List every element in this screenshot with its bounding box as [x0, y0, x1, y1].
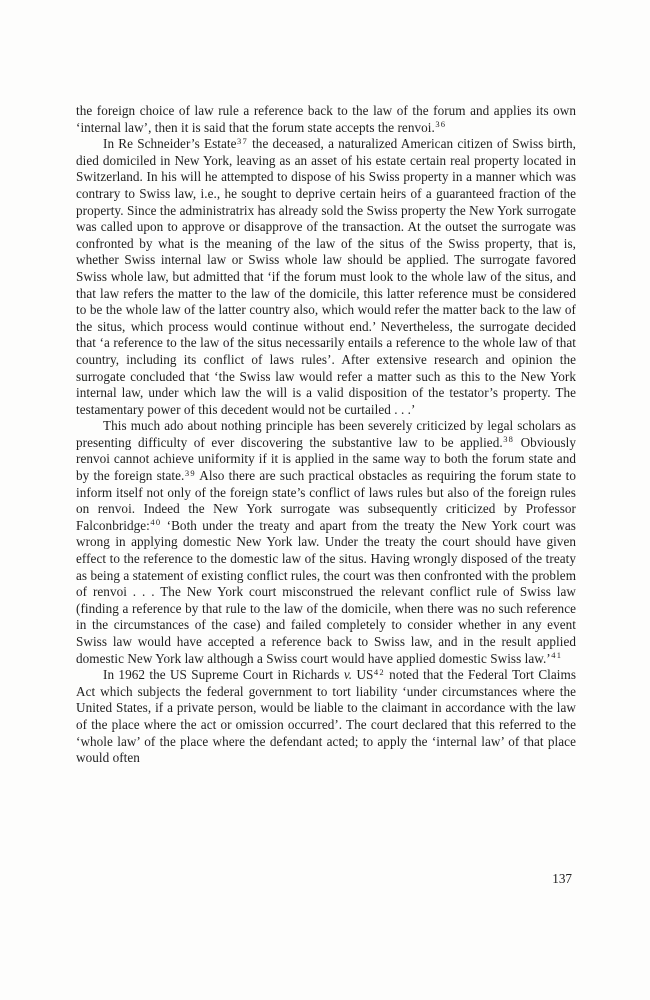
paragraph: In Re Schneider’s Estate37 the deceased,… [76, 136, 576, 418]
text-run: the foreign choice of law rule a referen… [76, 103, 576, 135]
text-run: the deceased, a naturalized American cit… [76, 136, 576, 417]
paragraph: the foreign choice of law rule a referen… [76, 103, 576, 136]
text-run: In Re Schneider’s Estate [103, 136, 237, 151]
text-run: ‘Both under the treaty and apart from th… [76, 518, 576, 666]
page-number: 137 [76, 871, 572, 887]
footnote-reference: 36 [435, 119, 446, 129]
footnote-reference: 40 [150, 517, 161, 527]
paragraph: This much ado about nothing principle ha… [76, 418, 576, 667]
paragraph: In 1962 the US Supreme Court in Richards… [76, 667, 576, 767]
footnote-reference: 41 [551, 650, 562, 660]
footnote-reference: 38 [503, 434, 514, 444]
text-run: This much ado about nothing principle ha… [76, 418, 576, 450]
text-run: US [352, 667, 373, 682]
footnote-reference: 37 [237, 136, 248, 146]
body-text: the foreign choice of law rule a referen… [76, 103, 576, 767]
footnote-reference: 42 [374, 667, 385, 677]
footnote-reference: 39 [185, 468, 196, 478]
italic-text: v. [344, 667, 352, 682]
scanned-book-page: the foreign choice of law rule a referen… [0, 0, 650, 1000]
text-run: In 1962 the US Supreme Court in Richards [103, 667, 344, 682]
